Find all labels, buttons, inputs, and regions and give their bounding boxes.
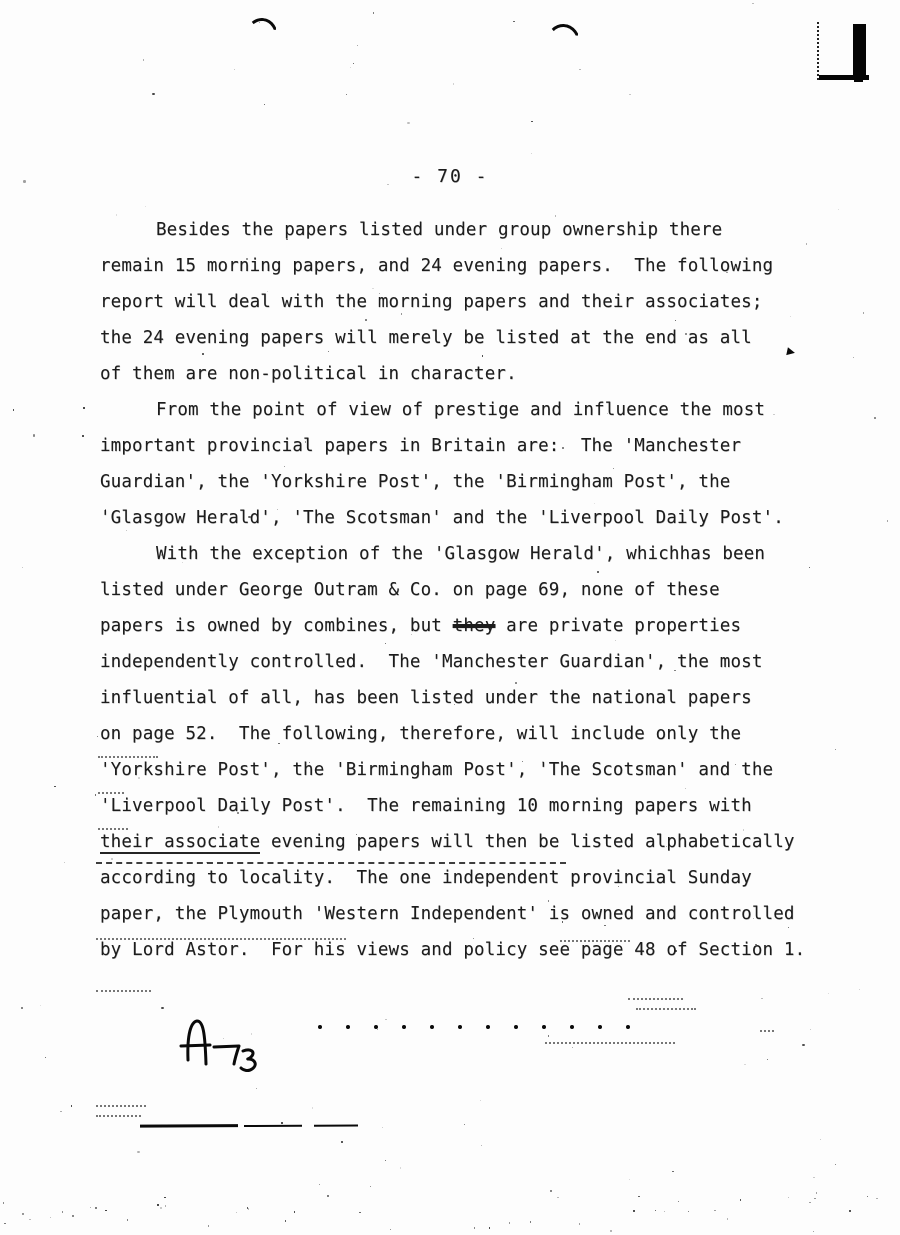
text-line: the 24 evening papers will merely be lis… <box>100 320 820 356</box>
text-line: listed under George Outram & Co. on page… <box>100 572 820 608</box>
scan-artifact <box>760 1030 774 1032</box>
text-line: 'Glasgow Herald', 'The Scotsman' and the… <box>100 500 820 536</box>
binder-arc-mark <box>546 23 582 45</box>
binder-arc-mark <box>245 16 280 39</box>
scanned-document-page: - 70 - Besides the papers listed under g… <box>0 0 900 1235</box>
scan-artifact <box>98 828 128 830</box>
scan-artifact <box>545 1042 675 1044</box>
scan-artifact <box>628 998 683 1000</box>
text-line: important provincial papers in Britain a… <box>100 428 820 464</box>
corner-scan-mark-bar <box>853 24 866 78</box>
text-line: 'Yorkshire Post', the 'Birmingham Post',… <box>100 752 820 788</box>
ink-speck <box>786 347 795 356</box>
separator-dots <box>318 1025 630 1029</box>
text-line: their associate evening papers will then… <box>100 824 820 860</box>
underlined-words: their associate <box>100 832 260 854</box>
bottom-rule <box>140 1123 370 1124</box>
document-body: Besides the papers listed under group ow… <box>100 212 820 968</box>
text-line: independently controlled. The 'Mancheste… <box>100 644 820 680</box>
scan-artifact <box>96 990 151 992</box>
scan-artifact <box>96 938 346 940</box>
handwritten-annotation: A73 <box>176 1014 266 1074</box>
text-line: report will deal with the morning papers… <box>100 284 820 320</box>
corner-scan-mark <box>817 22 869 80</box>
text-line: Besides the papers listed under group ow… <box>100 212 820 248</box>
text-line: With the exception of the 'Glasgow Heral… <box>100 536 820 572</box>
page-number: - 70 - <box>0 166 900 187</box>
text-line: papers is owned by combines, but they ar… <box>100 608 820 644</box>
text-line: From the point of view of prestige and i… <box>100 392 820 428</box>
text-line: paper, the Plymouth 'Western Independent… <box>100 896 820 932</box>
text-line: remain 15 morning papers, and 24 evening… <box>100 248 820 284</box>
text-line: 'Liverpool Daily Post'. The remaining 10… <box>100 788 820 824</box>
text-line: according to locality. The one independe… <box>100 860 820 896</box>
scan-artifact <box>560 940 630 942</box>
text-line: on page 52. The following, therefore, wi… <box>100 716 820 752</box>
scan-artifact <box>636 1008 696 1010</box>
text-line: of them are non-political in character. <box>100 356 820 392</box>
struck-word: they <box>453 616 496 636</box>
handwritten-annotation-strokes <box>176 1014 266 1074</box>
scan-artifact <box>96 1105 146 1107</box>
scan-artifact <box>98 792 124 794</box>
scan-artifact <box>96 862 566 864</box>
corner-scan-mark-base <box>819 75 869 80</box>
text-line: Guardian', the 'Yorkshire Post', the 'Bi… <box>100 464 820 500</box>
scan-artifact <box>96 1115 141 1117</box>
scan-artifact <box>98 756 158 758</box>
text-line: influential of all, has been listed unde… <box>100 680 820 716</box>
